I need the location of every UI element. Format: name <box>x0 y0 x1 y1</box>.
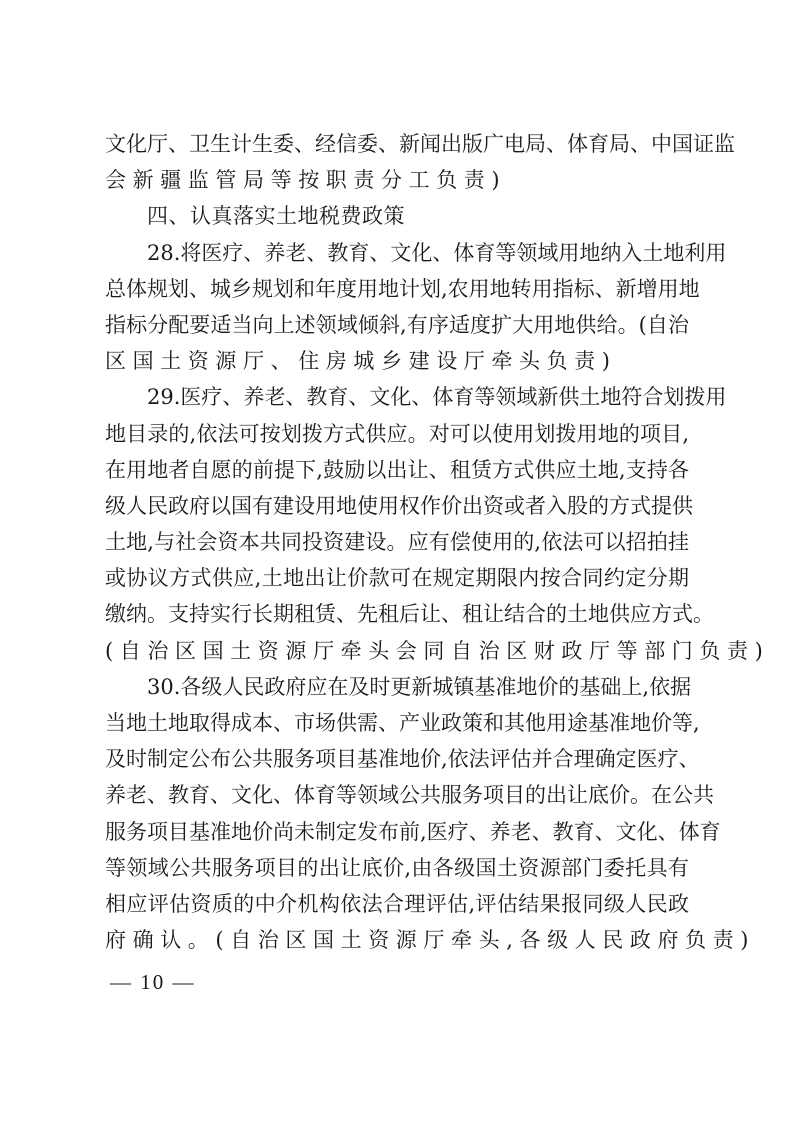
text-line: 及时制定公布公共服务项目基准地价,依法评估并合理确定医疗、 <box>105 741 689 777</box>
text-line: 28.将医疗、养老、教育、文化、体育等领域用地纳入土地利用 <box>105 235 689 271</box>
text-line: 在用地者自愿的前提下,鼓励以出让、租赁方式供应土地,支持各 <box>105 452 689 488</box>
continuation-paragraph: 文化厅、卫生计生委、经信委、新闻出版广电局、体育局、中国证监 会新疆监管局等按职… <box>105 126 689 198</box>
document-page: 文化厅、卫生计生委、经信委、新闻出版广电局、体育局、中国证监 会新疆监管局等按职… <box>105 126 689 958</box>
text-line: 等领域公共服务项目的出让底价,由各级国土资源部门委托具有 <box>105 850 689 886</box>
text-line: 指标分配要适当向上述领域倾斜,有序适度扩大用地供给。(自治 <box>105 307 689 343</box>
page-number: — 10 — <box>110 967 196 997</box>
section-heading: 四、认真落实土地税费政策 <box>105 198 689 234</box>
text-line: 29.医疗、养老、教育、文化、体育等领域新供土地符合划拨用 <box>105 379 689 415</box>
text-line: 服务项目基准地价尚未制定发布前,医疗、养老、教育、文化、体育 <box>105 814 689 850</box>
text-line: 缴纳。支持实行长期租赁、先租后让、租让结合的土地供应方式。 <box>105 596 689 632</box>
paragraph-28: 28.将医疗、养老、教育、文化、体育等领域用地纳入土地利用 总体规划、城乡规划和… <box>105 235 689 380</box>
text-line: 会新疆监管局等按职责分工负责) <box>105 162 689 198</box>
text-line: 总体规划、城乡规划和年度用地计划,农用地转用指标、新增用地 <box>105 271 689 307</box>
text-line: 府确认。(自治区国土资源厅牵头,各级人民政府负责) <box>105 922 689 958</box>
text-line: 文化厅、卫生计生委、经信委、新闻出版广电局、体育局、中国证监 <box>105 126 689 162</box>
text-line: 土地,与社会资本共同投资建设。应有偿使用的,依法可以招拍挂 <box>105 524 689 560</box>
text-line: 区国土资源厅、住房城乡建设厅牵头负责) <box>105 343 689 379</box>
text-line: 相应评估资质的中介机构依法合理评估,评估结果报同级人民政 <box>105 886 689 922</box>
text-line: 地目录的,依法可按划拨方式供应。对可以使用划拨用地的项目, <box>105 416 689 452</box>
text-line: 30.各级人民政府应在及时更新城镇基准地价的基础上,依据 <box>105 669 689 705</box>
text-line: 养老、教育、文化、体育等领域公共服务项目的出让底价。在公共 <box>105 777 689 813</box>
text-line: 级人民政府以国有建设用地使用权作价出资或者入股的方式提供 <box>105 488 689 524</box>
paragraph-30: 30.各级人民政府应在及时更新城镇基准地价的基础上,依据 当地土地取得成本、市场… <box>105 669 689 959</box>
text-line: (自治区国土资源厅牵头会同自治区财政厅等部门负责) <box>105 633 689 669</box>
paragraph-29: 29.医疗、养老、教育、文化、体育等领域新供土地符合划拨用 地目录的,依法可按划… <box>105 379 689 669</box>
text-line: 或协议方式供应,土地出让价款可在规定期限内按合同约定分期 <box>105 560 689 596</box>
text-line: 当地土地取得成本、市场供需、产业政策和其他用途基准地价等, <box>105 705 689 741</box>
